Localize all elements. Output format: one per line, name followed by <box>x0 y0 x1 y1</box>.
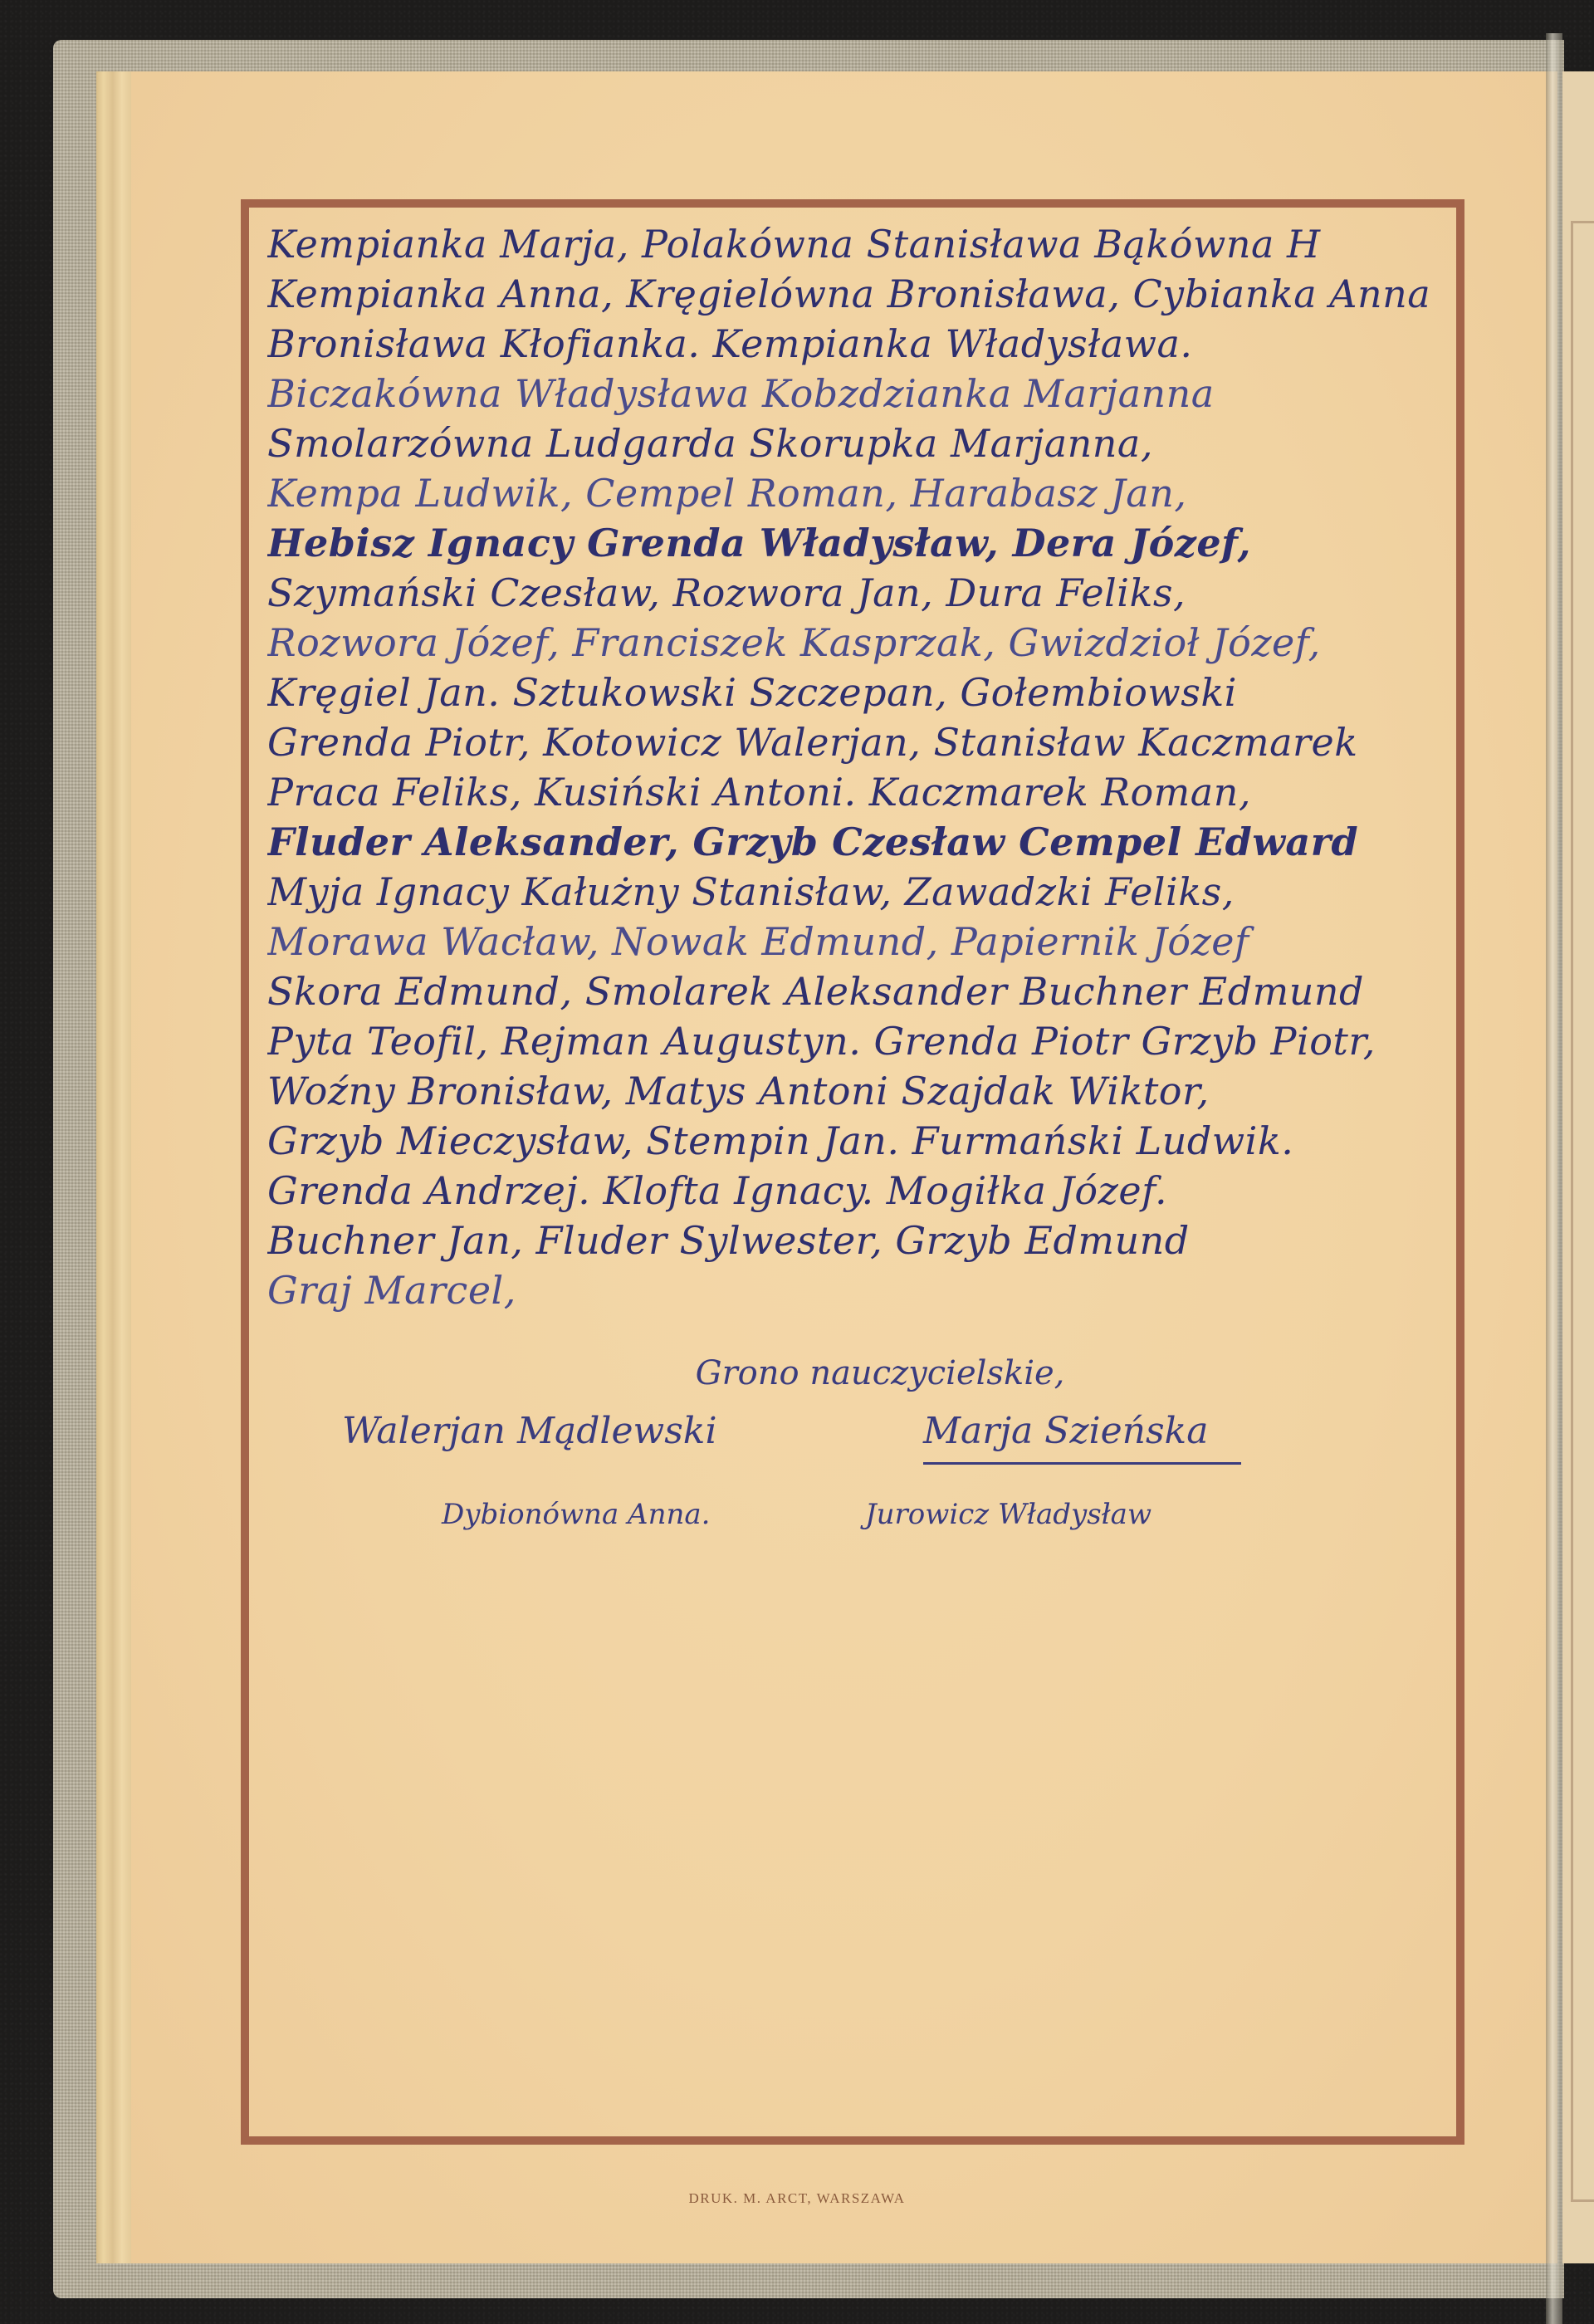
name-line: Smolarzówna Ludgarda Skorupka Marjanna, <box>267 418 1443 468</box>
name-line: Praca Feliks, Kusiński Antoni. Kaczmarek… <box>267 767 1443 817</box>
teacher-signature: Jurowicz Władysław <box>865 1481 1151 1548</box>
next-page-frame <box>1571 221 1594 2202</box>
teachers-title: Grono nauczycielskie, <box>267 1348 1443 1398</box>
page-edges <box>96 71 134 2263</box>
next-page-edge <box>1562 71 1594 2263</box>
name-line: Graj Marcel, <box>267 1265 1443 1315</box>
printed-frame: Kempianka Marja, Polakówna Stanisława Bą… <box>241 199 1464 2145</box>
name-line: Fluder Aleksander, Grzyb Czesław Cempel … <box>267 817 1443 867</box>
name-line: Woźny Bronisław, Matys Antoni Szajdak Wi… <box>267 1066 1443 1116</box>
name-line: Rozwora Józef, Franciszek Kasprzak, Gwiz… <box>267 618 1443 668</box>
name-line: Kempianka Marja, Polakówna Stanisława Bą… <box>267 219 1443 269</box>
book-gutter <box>1546 33 1562 2324</box>
name-line: Kempianka Anna, Kręgielówna Bronisława, … <box>267 269 1443 319</box>
teacher-signature: Walerjan Mądlewski <box>342 1398 923 1465</box>
roster-content: Kempianka Marja, Polakówna Stanisława Bą… <box>249 208 1456 2136</box>
name-line: Kempa Ludwik, Cempel Roman, Harabasz Jan… <box>267 468 1443 518</box>
name-line: Biczakówna Władysława Kobzdzianka Marjan… <box>267 369 1443 418</box>
name-line: Buchner Jan, Fluder Sylwester, Grzyb Edm… <box>267 1216 1443 1265</box>
name-line: Grzyb Mieczysław, Stempin Jan. Furmański… <box>267 1116 1443 1166</box>
teacher-signature: Marja Szieńska <box>923 1398 1241 1465</box>
name-line: Skora Edmund, Smolarek Aleksander Buchne… <box>267 966 1443 1016</box>
name-line: Pyta Teofil, Rejman Augustyn. Grenda Pio… <box>267 1016 1443 1066</box>
signature-row: Dybionówna Anna. Jurowicz Władysław <box>267 1481 1443 1548</box>
signature-row: Walerjan Mądlewski Marja Szieńska <box>267 1398 1443 1465</box>
name-line: Szymański Czesław, Rozwora Jan, Dura Fel… <box>267 568 1443 618</box>
name-line: Kręgiel Jan. Sztukowski Szczepan, Gołemb… <box>267 668 1443 717</box>
printer-imprint: DRUK. M. ARCT, WARSZAWA <box>0 2190 1594 2207</box>
name-line: Hebisz Ignacy Grenda Władysław, Dera Józ… <box>267 518 1443 568</box>
name-line: Myja Ignacy Kałużny Stanisław, Zawadzki … <box>267 867 1443 917</box>
teachers-section: Grono nauczycielskie, Walerjan Mądlewski… <box>267 1348 1443 1548</box>
name-line: Grenda Piotr, Kotowicz Walerjan, Stanisł… <box>267 717 1443 767</box>
name-line: Morawa Wacław, Nowak Edmund, Papiernik J… <box>267 917 1443 966</box>
name-line: Grenda Andrzej. Klofta Ignacy. Mogiłka J… <box>267 1166 1443 1216</box>
teacher-signature: Dybionówna Anna. <box>442 1481 865 1548</box>
name-line: Bronisława Kłofianka. Kempianka Władysła… <box>267 319 1443 369</box>
